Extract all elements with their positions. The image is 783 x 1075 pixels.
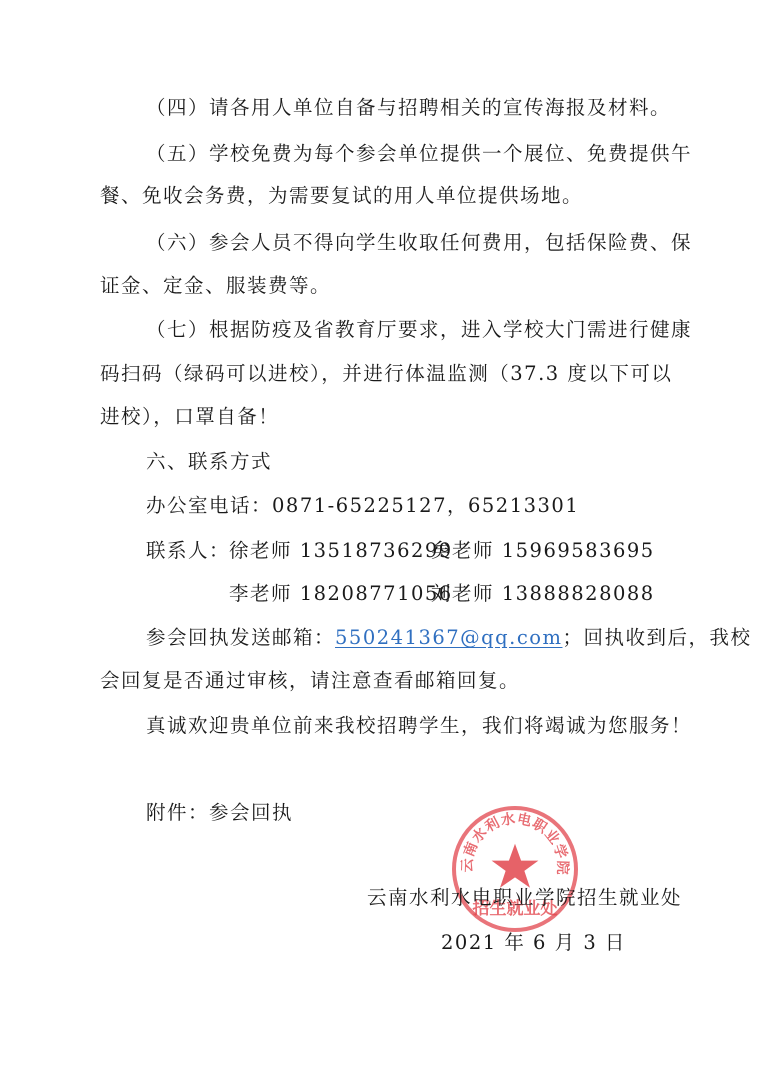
paragraph-item5-line2: 餐、免收会务费，为需要复试的用人单位提供场地。 — [100, 184, 583, 208]
paragraph-item6-line2: 证金、定金、服装费等。 — [100, 274, 331, 298]
paragraph-item5-line1: （五）学校免费为每个参会单位提供一个展位、免费提供午 — [146, 142, 692, 166]
signature-organization: 云南水利水电职业学院招生就业处 — [367, 886, 682, 910]
contact-item: 刘老师 13888828088 — [431, 582, 655, 606]
attachment-line: 附件：参会回执 — [146, 801, 293, 825]
contact-phone: 15969583695 — [502, 539, 655, 562]
office-phone-value: 0871-65225127，65213301 — [272, 494, 579, 517]
contact-item: 徐老师 13518736299 — [229, 539, 453, 563]
contact-name: 李老师 — [229, 582, 292, 605]
paragraph-item7-line2: 码扫码（绿码可以进校），并进行体温监测（37.3 度以下可以 — [100, 362, 672, 386]
closing-sentence: 真诚欢迎贵单位前来我校招聘学生，我们将竭诚为您服务！ — [146, 714, 692, 738]
paragraph-item7-line3: 进校），口罩自备！ — [100, 405, 279, 429]
paragraph-item7-line1: （七）根据防疫及省教育厅要求，进入学校大门需进行健康 — [146, 318, 692, 342]
contact-name: 徐老师 — [229, 539, 292, 562]
contact-item: 矣老师 15969583695 — [431, 539, 655, 563]
email-prefix: 参会回执发送邮箱： — [146, 626, 335, 649]
office-phone-label: 办公室电话： — [146, 494, 272, 517]
email-suffix: ；回执收到后，我校 — [563, 626, 752, 649]
contact-phone: 13888828088 — [502, 582, 655, 605]
contact-phone: 18208771056 — [300, 582, 453, 605]
paragraph-item4-line1: （四）请各用人单位自备与招聘相关的宣传海报及材料。 — [146, 96, 671, 120]
contacts-label: 联系人： — [146, 539, 230, 563]
contact-name: 刘老师 — [431, 582, 494, 605]
official-seal: 云南水利水电职业学院 招生就业处 — [452, 806, 578, 932]
office-phone-row: 办公室电话：0871-65225127，65213301 — [146, 494, 579, 518]
email-paragraph-line1: 参会回执发送邮箱：550241367@qq.com；回执收到后，我校 — [146, 626, 752, 650]
email-paragraph-line2: 会回复是否通过审核，请注意查看邮箱回复。 — [100, 669, 520, 693]
contact-name: 矣老师 — [431, 539, 494, 562]
paragraph-item6-line1: （六）参会人员不得向学生收取任何费用，包括保险费、保 — [146, 231, 692, 255]
email-link[interactable]: 550241367@qq.com — [335, 626, 562, 649]
signature-date: 2021 年 6 月 3 日 — [441, 931, 626, 955]
contact-item: 李老师 18208771056 — [229, 582, 453, 606]
contact-phone: 13518736299 — [300, 539, 453, 562]
contact-heading: 六、联系方式 — [146, 450, 272, 474]
